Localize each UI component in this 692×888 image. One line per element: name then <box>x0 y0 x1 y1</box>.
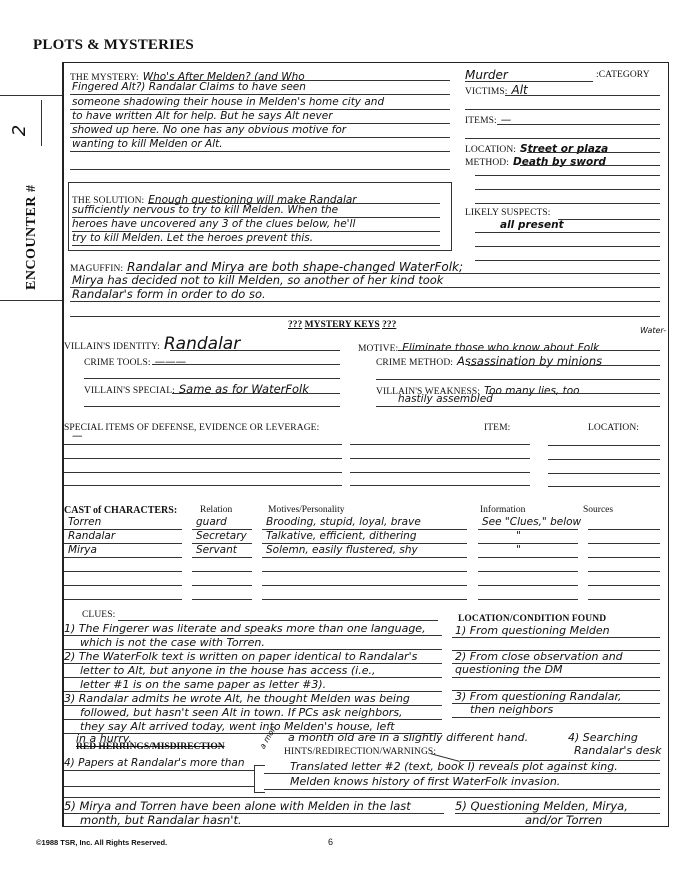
rule <box>192 599 252 600</box>
rule <box>152 364 340 365</box>
rule <box>70 301 660 302</box>
special-items-item-label: ITEM: <box>354 423 510 433</box>
rule <box>64 571 182 572</box>
rule <box>262 599 467 600</box>
clue-location-line: 1) From questioning Melden <box>455 624 610 637</box>
rule <box>475 260 660 261</box>
rule <box>452 663 660 664</box>
clue-line: letter #1 is on the same paper as letter… <box>80 678 326 691</box>
rule <box>548 473 660 474</box>
maguffin-line-2: Randalar's form in order to do so. <box>72 287 266 301</box>
rule <box>452 703 660 704</box>
suspects-label: LIKELY SUSPECTS: <box>465 208 551 218</box>
encounter-tab-bottom-border <box>0 300 62 301</box>
clue-location-line: then neighbors <box>470 703 553 716</box>
rule <box>475 203 660 204</box>
rule <box>548 486 660 487</box>
rule <box>262 585 467 586</box>
rule <box>262 571 467 572</box>
rule <box>588 585 660 586</box>
rule <box>84 406 340 407</box>
rule <box>548 445 660 446</box>
clue-line: 1) The Fingerer was literate and speaks … <box>64 622 426 635</box>
rule <box>64 444 342 445</box>
cast-cell-information: " <box>516 530 521 542</box>
rule <box>64 786 254 787</box>
rule <box>350 444 530 445</box>
rule <box>264 789 660 790</box>
items-label: ITEMS: <box>465 116 497 126</box>
method-value: Death by sword <box>513 156 606 168</box>
cast-cell-motives: Talkative, efficient, dithering <box>266 530 416 542</box>
rule <box>64 599 182 600</box>
villain-weakness-value-1: hastily assembled <box>398 393 493 405</box>
rule <box>588 557 660 558</box>
cast-cell-motives: Brooding, stupid, loyal, brave <box>266 516 421 528</box>
victims-label: VICTIMS: <box>465 87 508 97</box>
hints-line-0: Translated letter #2 (text, book I) reve… <box>290 760 618 773</box>
clue5-location-1: and/or Torren <box>525 813 602 827</box>
mystery-keys-title: MYSTERY KEYS <box>305 320 380 330</box>
rule <box>64 485 342 486</box>
rule <box>64 472 342 473</box>
cast-cell-name: Mirya <box>68 544 97 556</box>
hints-line-1: Melden knows history of first WaterFolk … <box>290 775 560 788</box>
rule <box>558 219 660 220</box>
rule <box>398 350 660 351</box>
cast-cell-motives: Solemn, easily flustered, shy <box>266 544 418 556</box>
villain-identity-value: Randalar <box>164 334 240 354</box>
rule <box>262 557 467 558</box>
crime-method-field: CRIME METHOD: Assassination by minions <box>376 352 602 370</box>
crime-tools-field: CRIME TOOLS: ——— <box>84 352 186 370</box>
cast-cell-information: See "Clues," below <box>482 516 581 528</box>
method-label: METHOD: <box>465 158 509 168</box>
villain-identity-label: VILLAIN'S IDENTITY: <box>64 342 160 352</box>
rule <box>468 365 660 366</box>
villain-special-label: VILLAIN'S SPECIAL: <box>84 386 175 396</box>
rule <box>478 557 578 558</box>
cast-col-sources: Sources <box>583 505 613 515</box>
rule <box>350 485 530 486</box>
rule <box>588 529 660 530</box>
clue-line: 2) The WaterFolk text is written on pape… <box>64 650 417 663</box>
rule <box>376 379 660 380</box>
clue-location-line: 3) From questioning Randalar, <box>455 690 622 703</box>
cast-cell-name: Torren <box>68 516 101 528</box>
cast-cell-information: " <box>516 544 521 556</box>
rule <box>475 175 660 176</box>
mystery-line-5: wanting to kill Melden or Alt. <box>72 138 223 150</box>
rule <box>118 620 438 621</box>
clue5-line-1: month, but Randalar hasn't. <box>80 813 242 827</box>
mystery-keys-heading: ??? MYSTERY KEYS ??? <box>288 320 396 330</box>
page-title: PLOTS & MYSTERIES <box>33 37 194 54</box>
rule <box>478 599 578 600</box>
maguffin-line-1: Mirya has decided not to kill Melden, so… <box>72 273 443 287</box>
rule <box>64 557 182 558</box>
rule <box>70 151 450 152</box>
rule <box>588 599 660 600</box>
rule <box>452 650 660 651</box>
rule <box>497 124 660 125</box>
clue4-insert: a month old are in a slightly different … <box>288 731 528 744</box>
mystery-keys-suffix: ??? <box>382 320 396 330</box>
rule <box>170 350 340 351</box>
rule <box>192 557 252 558</box>
solution-line-3: try to kill Melden. Let the heroes preve… <box>72 232 313 244</box>
page-number: 6 <box>328 837 333 847</box>
solution-line-2: heroes have uncovered any 3 of the clues… <box>72 218 355 230</box>
special-items-location-label: LOCATION: <box>588 423 639 433</box>
rule <box>475 246 660 247</box>
encounter-label: ENCOUNTER # <box>24 185 40 290</box>
crime-tools-value: ——— <box>155 356 187 368</box>
red-herrings-text: RED HERRINGS/MISDIRECTION <box>76 742 225 752</box>
rule <box>505 95 660 96</box>
rule <box>478 571 578 572</box>
mystery-line-1: Fingered Alt?) Randalar Claims to have s… <box>72 81 306 93</box>
items-field: ITEMS: — <box>465 110 511 128</box>
clue-line: followed, but hasn't seen Alt in town. I… <box>80 706 403 719</box>
clue-line: 3) Randalar admits he wrote Alt, he thou… <box>64 692 410 705</box>
rule <box>64 458 342 459</box>
motive-insert: Water- <box>640 326 666 335</box>
crime-tools-label: CRIME TOOLS: <box>84 358 151 368</box>
encounter-number: 2 <box>9 125 30 136</box>
rule <box>350 472 530 473</box>
encounter-tab-top-border <box>0 95 62 96</box>
rule <box>64 770 254 771</box>
clue5-line-0: 5) Mirya and Torren have been alone with… <box>64 799 411 813</box>
mystery-line-2: someone shadowing their house in Melden'… <box>72 96 384 108</box>
rule <box>172 393 340 394</box>
item-label: ITEM: <box>484 423 510 433</box>
rule <box>452 690 660 691</box>
rule <box>452 717 660 718</box>
rule <box>64 585 182 586</box>
rule <box>350 458 530 459</box>
special-items-value: — <box>72 430 83 442</box>
cast-col-motives: Motives/Personality <box>268 505 345 515</box>
rule <box>70 94 450 95</box>
clue4-start: 4) Papers at Randalar's more than <box>64 757 245 769</box>
mystery-line-3: to have written Alt for help. But he say… <box>72 110 333 122</box>
rule <box>478 543 578 544</box>
rule <box>478 585 578 586</box>
cast-col-information: Information <box>480 505 525 515</box>
victims-field: VICTIMS: Alt <box>465 81 528 99</box>
villain-identity-field: VILLAIN'S IDENTITY: Randalar <box>64 334 240 354</box>
clue-location-line: questioning the DM <box>455 663 563 676</box>
clues-label: CLUES: <box>82 610 115 620</box>
cast-label: CAST of CHARACTERS: <box>64 505 177 516</box>
hints-label: HINTS/REDIRECTION/WARNINGS: <box>284 747 436 757</box>
cast-cell-name: Randalar <box>68 530 115 542</box>
rule <box>452 677 660 678</box>
rule <box>70 316 660 317</box>
villain-special-field: VILLAIN'S SPECIAL: Same as for WaterFolk <box>84 380 309 398</box>
clue-line: letter to Alt, but anyone in the house h… <box>80 664 375 677</box>
villain-weakness-value-0: Too many lies, too <box>484 385 580 397</box>
rule <box>548 459 660 460</box>
cast-cell-relation: Servant <box>196 544 237 556</box>
cast-cell-relation: Secretary <box>196 530 247 542</box>
crime-method-label: CRIME METHOD: <box>376 358 453 368</box>
cast-cell-relation: guard <box>196 516 227 528</box>
rule <box>376 406 660 407</box>
rule <box>192 585 252 586</box>
rule <box>488 393 660 394</box>
method-field: METHOD: Death by sword <box>465 152 606 170</box>
mystery-keys-prefix: ??? <box>288 320 302 330</box>
red-herrings-label: RED HERRINGS/MISDIRECTION <box>76 742 225 752</box>
clue5-location-0: 5) Questioning Melden, Mirya, <box>455 799 628 813</box>
rule <box>264 773 660 774</box>
rule <box>475 189 660 190</box>
rule <box>70 169 450 170</box>
rule <box>588 543 660 544</box>
copyright: ©1988 TSR, Inc. All Rights Reserved. <box>36 838 167 847</box>
solution-line-1: sufficiently nervous to try to kill Meld… <box>72 204 338 216</box>
rule <box>452 637 660 638</box>
cast-col-relation: Relation <box>200 505 232 515</box>
category-label: :CATEGORY <box>596 70 650 80</box>
clue-line: which is not the case with Torren. <box>80 636 265 649</box>
clue-location-line: 2) From close observation and <box>455 650 623 663</box>
clue4-location-2: Randalar's desk <box>574 744 662 757</box>
mystery-line-4: showed up here. No one has any obvious m… <box>72 124 346 136</box>
location-condition-header: LOCATION/CONDITION FOUND <box>458 614 606 624</box>
rule <box>64 797 660 798</box>
suspects-value: all present <box>500 219 564 231</box>
rule <box>84 378 340 379</box>
rule <box>520 165 660 166</box>
rule <box>475 232 660 233</box>
clue4-location: 4) Searching <box>568 731 638 744</box>
rule <box>72 245 440 246</box>
special-items-label: SPECIAL ITEMS OF DEFENSE, EVIDENCE OR LE… <box>64 423 319 433</box>
rule <box>588 571 660 572</box>
rule <box>478 529 578 530</box>
maguffin-text: Randalar and Mirya are both shape-change… <box>127 260 463 274</box>
category-value: Murder <box>465 68 508 82</box>
rule <box>192 571 252 572</box>
encounter-number-line <box>41 100 42 146</box>
